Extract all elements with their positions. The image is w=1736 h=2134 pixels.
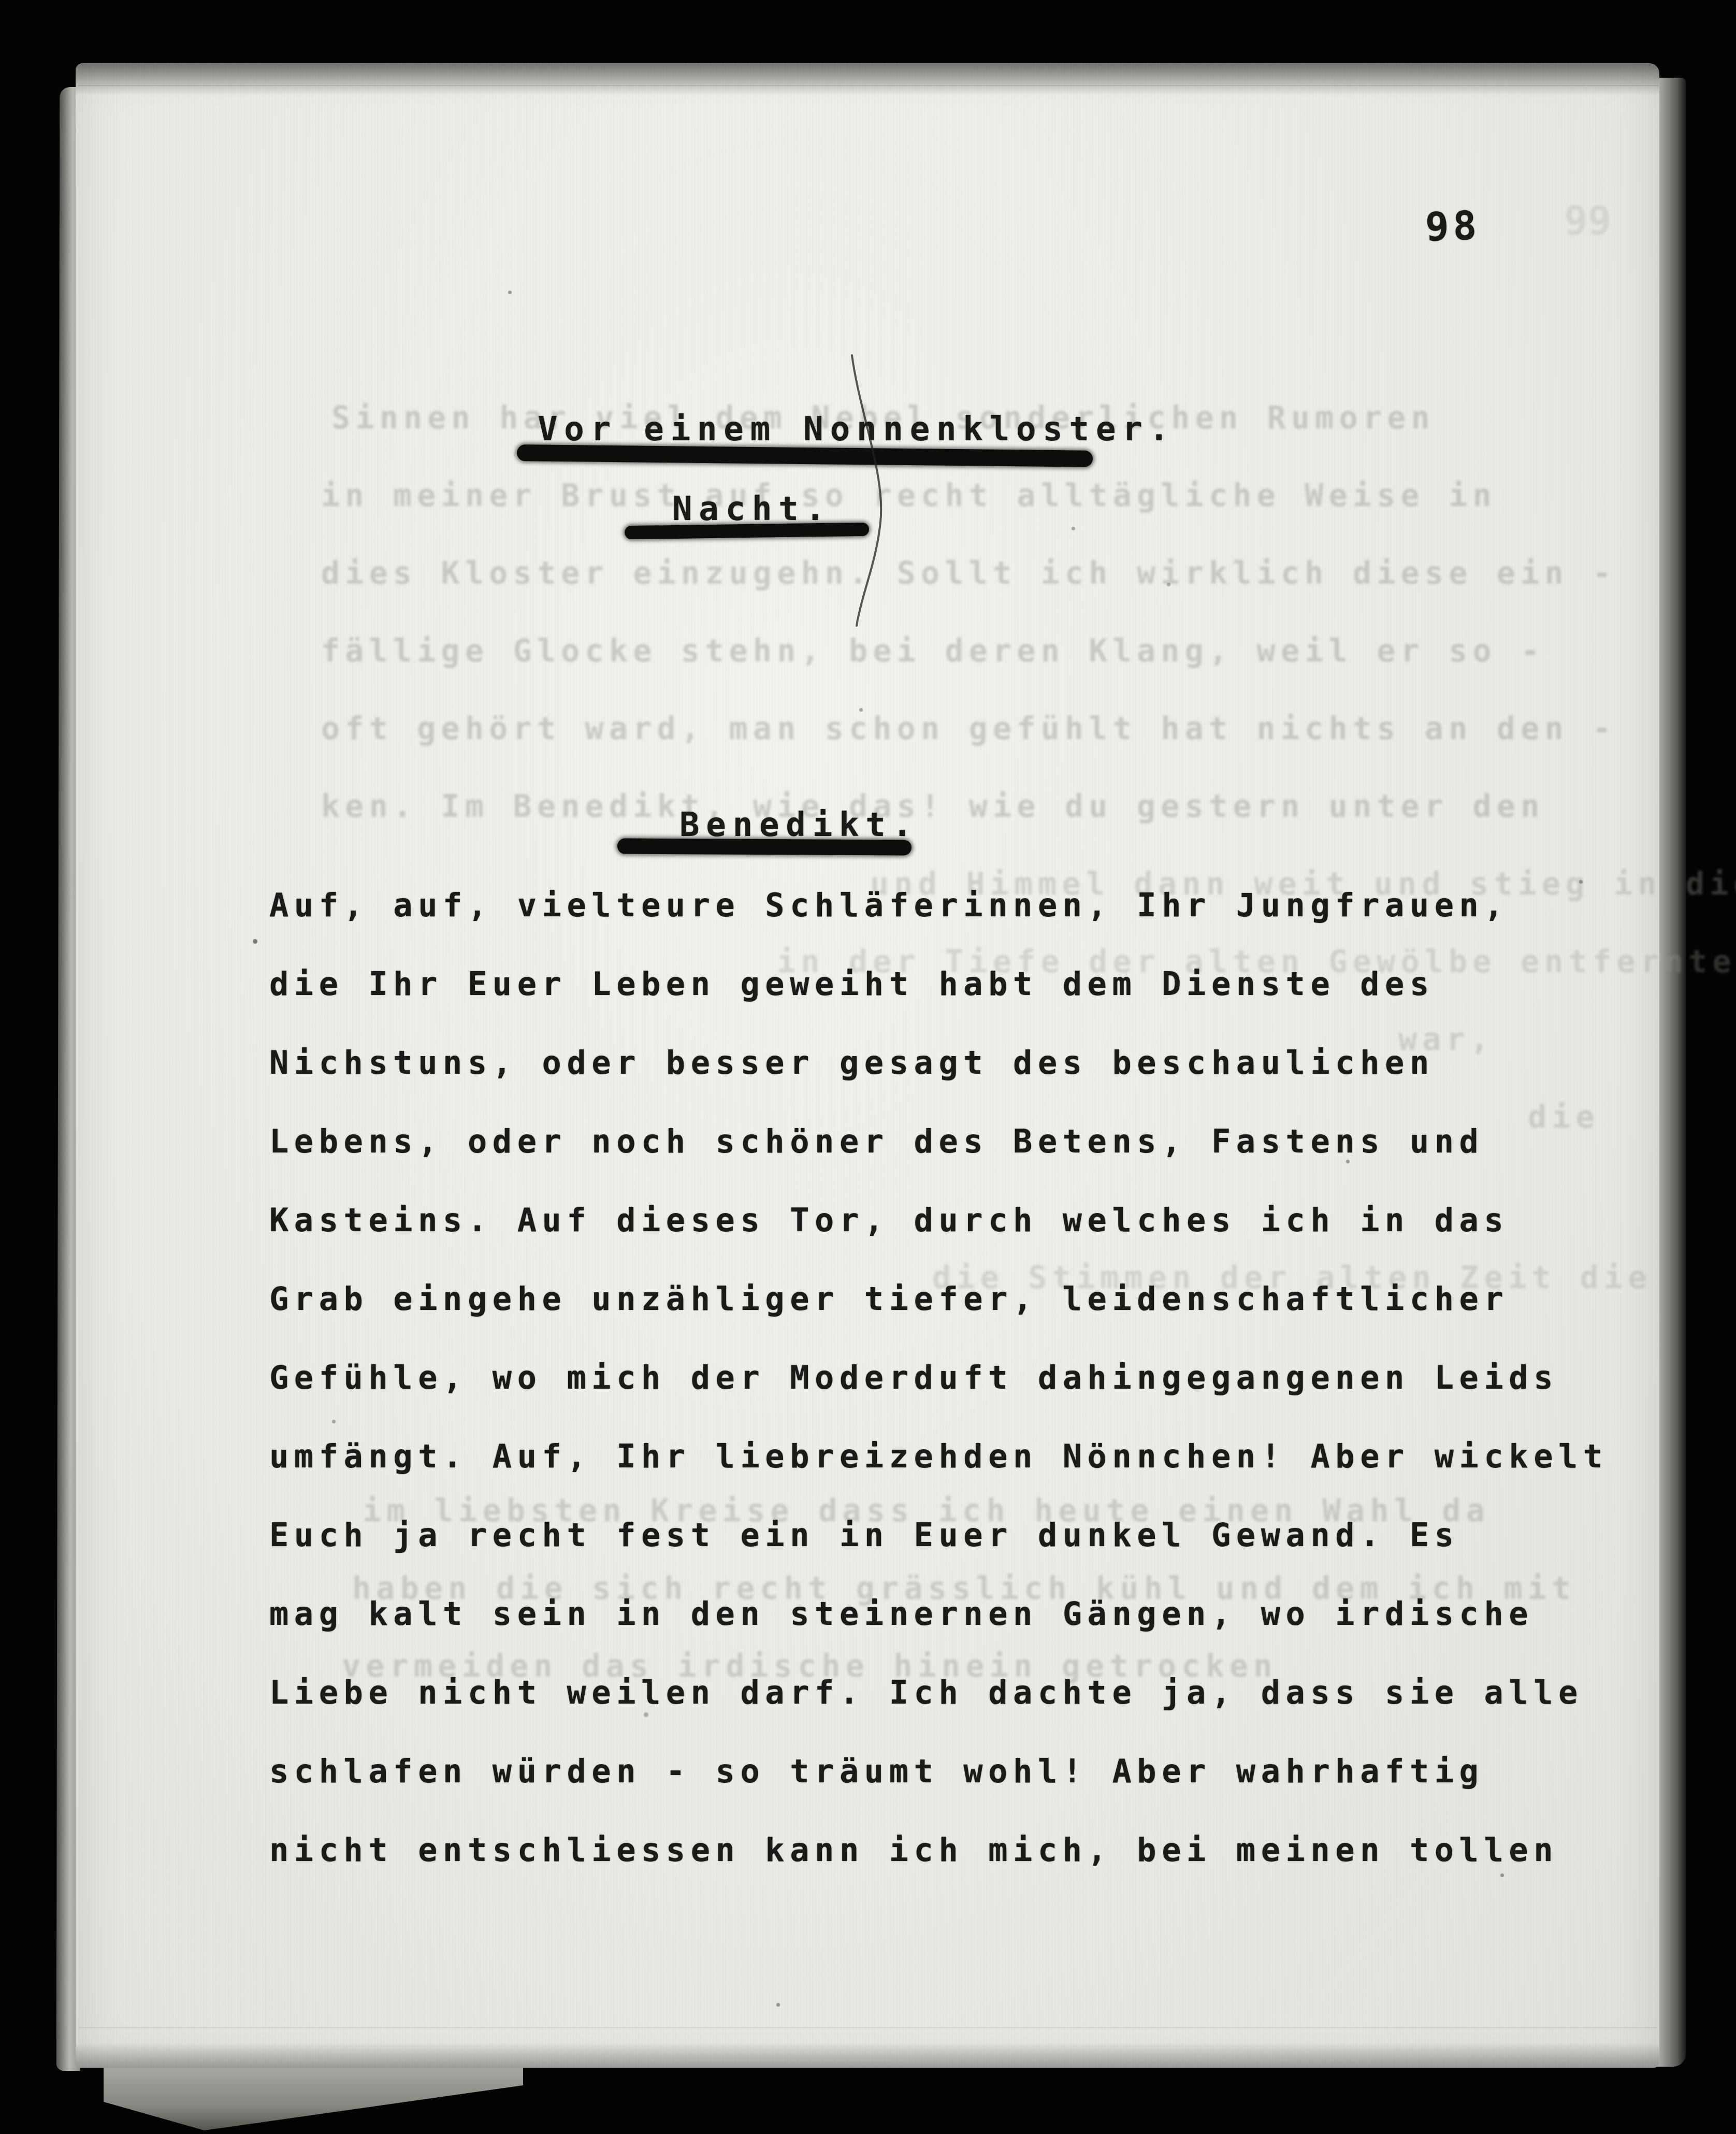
monologue-line: schlafen würden - so träumt wohl! Aber w…	[269, 1732, 1626, 1811]
under-sheet-right-edge	[1656, 78, 1686, 2067]
monologue-line: Kasteins. Auf dieses Tor, durch welches …	[269, 1181, 1626, 1260]
bleedthrough-line: dies Kloster einzugehn. Sollt ich wirkli…	[321, 555, 1616, 592]
scanned-page-background: 99 98 Sinnen har viel dem Nebel sonderli…	[0, 0, 1736, 2134]
bleedthrough-line: oft gehört ward, man schon gefühlt hat n…	[321, 711, 1616, 747]
monologue-line: Auf, auf, vielteure Schläferinnen, Ihr J…	[269, 866, 1626, 945]
monologue-line: Grab eingehe unzähliger tiefer, leidensc…	[269, 1260, 1626, 1338]
ghost-page-number: 99	[1564, 198, 1612, 244]
monologue-text: Auf, auf, vielteure Schläferinnen, Ihr J…	[269, 866, 1626, 1890]
bleedthrough-line: ken. Im Benedikt, wie das! wie du gester…	[321, 788, 1544, 825]
page-number: 98	[1424, 202, 1481, 250]
monologue-line: Gefühle, wo mich der Moderduft dahingega…	[269, 1338, 1626, 1417]
speaker-heading-underline	[617, 839, 912, 856]
top-fold-line	[78, 85, 1658, 86]
monologue-line: umfängt. Auf, Ihr liebreizehden Nönnchen…	[269, 1417, 1626, 1496]
pen-stroke-mark	[808, 346, 922, 636]
monologue-line: Lebens, oder noch schöner des Betens, Fa…	[269, 1102, 1626, 1181]
bleedthrough-line: fällige Glocke stehn, bei deren Klang, w…	[321, 633, 1544, 669]
monologue-line: Nichstuns, oder besser gesagt des bescha…	[269, 1023, 1626, 1102]
monologue-line: Euch ja recht fest ein in Euer dunkel Ge…	[269, 1496, 1626, 1575]
monologue-line: mag kalt sein in den steinernen Gängen, …	[269, 1575, 1626, 1653]
dust-specks	[0, 0, 3, 3]
monologue-line: nicht entschliessen kann ich mich, bei m…	[269, 1811, 1626, 1890]
monologue-line: Liebe nicht weilen darf. Ich dachte ja, …	[269, 1653, 1626, 1732]
bottom-fold-line	[79, 2027, 1657, 2028]
monologue-line: die Ihr Euer Leben geweiht habt dem Dien…	[269, 945, 1626, 1023]
